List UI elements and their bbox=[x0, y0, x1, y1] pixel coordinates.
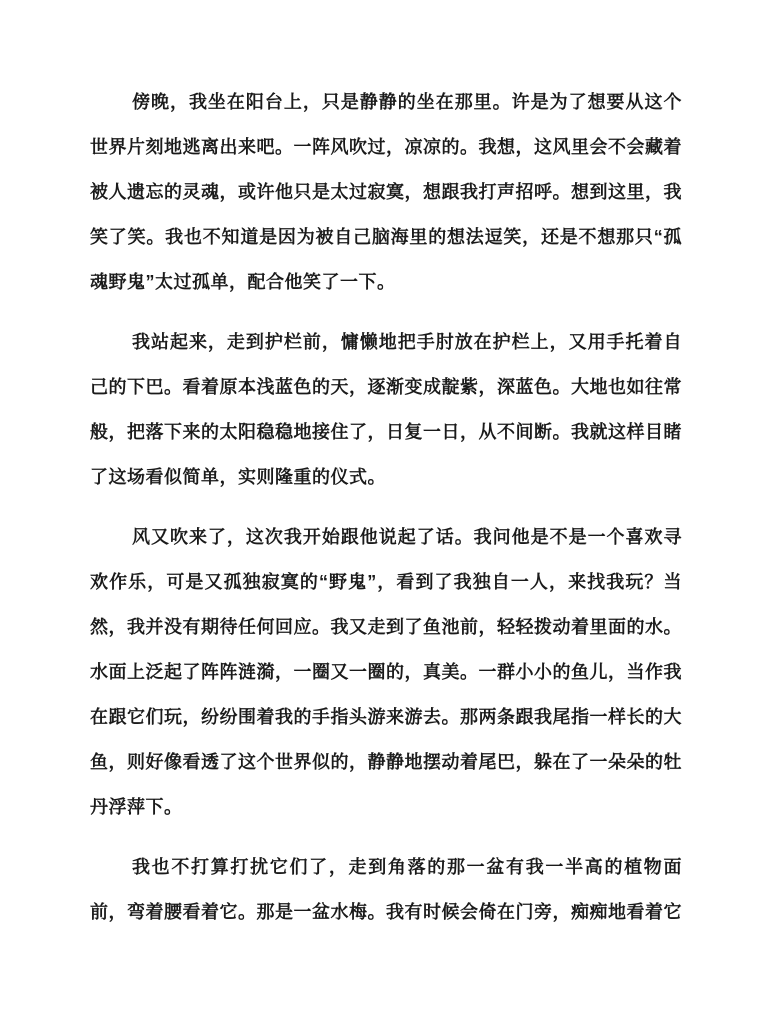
paragraph: 我也不打算打扰它们了，走到角落的那一盆有我一半高的植物面 前，弯着腰看着它。那是… bbox=[90, 845, 682, 935]
paragraph: 我站起来，走到护栏前，慵懒地把手肘放在护栏上，又用手托着自 己的下巴。看着原本浅… bbox=[90, 320, 682, 500]
text-line: 傍晚，我坐在阳台上，只是静静的坐在那里。许是为了想要从这个 bbox=[90, 80, 682, 125]
text-line: 在跟它们玩，纷纷围着我的手指头游来游去。那两条跟我尾指一样长的大 bbox=[90, 695, 682, 740]
text-line: 水面上泛起了阵阵涟漪，一圈又一圈的，真美。一群小小的鱼儿，当作我 bbox=[90, 650, 682, 695]
text-line: 丹浮萍下。 bbox=[90, 785, 682, 830]
text-line: 笑了笑。我也不知道是因为被自己脑海里的想法逗笑，还是不想那只“孤 bbox=[90, 215, 682, 260]
text-line: 了这场看似简单，实则隆重的仪式。 bbox=[90, 455, 682, 500]
text-line: 前，弯着腰看着它。那是一盆水梅。我有时候会倚在门旁，痴痴地看着它 bbox=[90, 890, 682, 935]
text-line: 鱼，则好像看透了这个世界似的，静静地摆动着尾巴，躲在了一朵朵的牡 bbox=[90, 740, 682, 785]
text-line: 我站起来，走到护栏前，慵懒地把手肘放在护栏上，又用手托着自 bbox=[90, 320, 682, 365]
text-line: 我也不打算打扰它们了，走到角落的那一盆有我一半高的植物面 bbox=[90, 845, 682, 890]
text-line: 风又吹来了，这次我开始跟他说起了话。我问他是不是一个喜欢寻 bbox=[90, 515, 682, 560]
text-line: 被人遗忘的灵魂，或许他只是太过寂寞，想跟我打声招呼。想到这里，我 bbox=[90, 170, 682, 215]
text-line: 世界片刻地逃离出来吧。一阵风吹过，凉凉的。我想，这风里会不会藏着 bbox=[90, 125, 682, 170]
paragraph: 风又吹来了，这次我开始跟他说起了话。我问他是不是一个喜欢寻 欢作乐，可是又孤独寂… bbox=[90, 515, 682, 830]
text-line: 欢作乐，可是又孤独寂寞的“野鬼”，看到了我独自一人，来找我玩？当 bbox=[90, 560, 682, 605]
text-line: 般，把落下来的太阳稳稳地接住了，日复一日，从不间断。我就这样目睹 bbox=[90, 410, 682, 455]
text-line: 己的下巴。看着原本浅蓝色的天，逐渐变成靛紫，深蓝色。大地也如往常 bbox=[90, 365, 682, 410]
text-line: 然，我并没有期待任何回应。我又走到了鱼池前，轻轻拨动着里面的水。 bbox=[90, 605, 682, 650]
paragraph: 傍晚，我坐在阳台上，只是静静的坐在那里。许是为了想要从这个 世界片刻地逃离出来吧… bbox=[90, 80, 682, 305]
text-line: 魂野鬼”太过孤单，配合他笑了一下。 bbox=[90, 260, 682, 305]
document-page: 傍晚，我坐在阳台上，只是静静的坐在那里。许是为了想要从这个 世界片刻地逃离出来吧… bbox=[0, 0, 768, 1024]
